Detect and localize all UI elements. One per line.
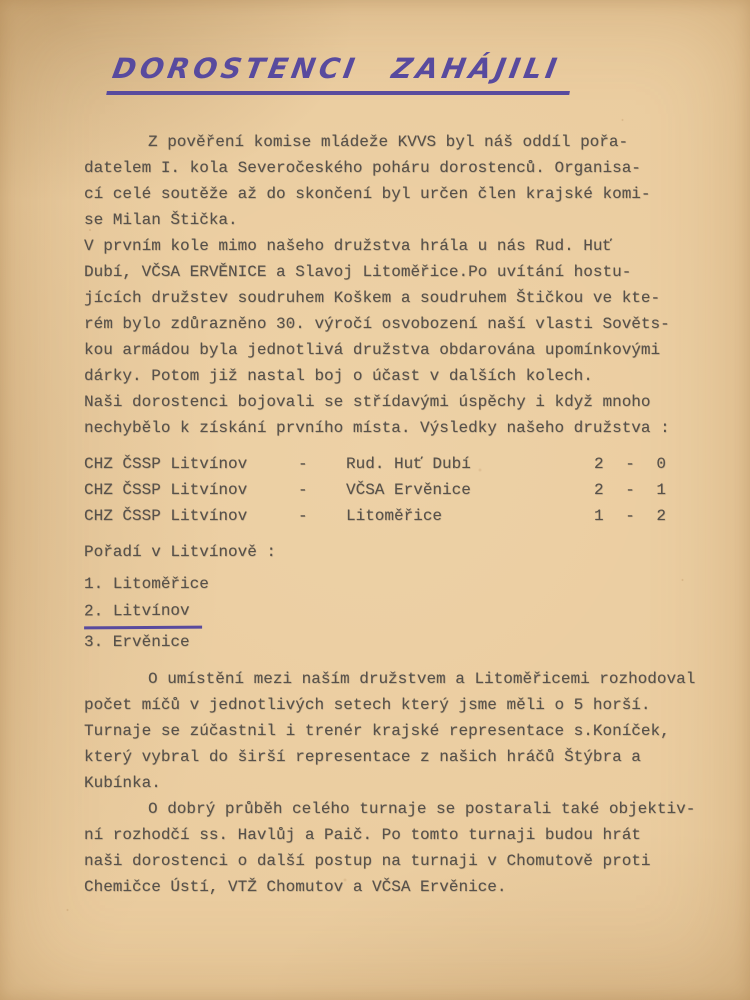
home-score: 2 bbox=[594, 451, 604, 477]
match-score: 2 - 0 bbox=[594, 451, 666, 477]
standings-item-text-underlined: 2. Litvínov bbox=[84, 598, 202, 630]
standings-item: 2. Litvínov bbox=[84, 598, 666, 629]
handwritten-title: DOROSTENCIZAHÁJILI bbox=[110, 52, 666, 95]
text-line: V prvním kole mimo našeho družstva hrála… bbox=[84, 233, 666, 259]
paragraph-3: O umístění mezi naším družstvem a Litomě… bbox=[84, 666, 666, 796]
text-line: kou armádou byla jednotlivá družstva obd… bbox=[84, 337, 666, 363]
standings-item-text: 1. Litoměřice bbox=[84, 575, 209, 593]
home-team: CHZ ČSSP Litvínov bbox=[84, 477, 298, 503]
away-team: Rud. Huť Dubí bbox=[346, 451, 594, 477]
text-line: počet míčů v jednotlivých setech který j… bbox=[84, 692, 666, 718]
match-score: 1 - 2 bbox=[594, 503, 666, 529]
standings-list: 1. Litoměřice 2. Litvínov 3. Ervěnice bbox=[84, 571, 666, 656]
text-line: Dubí, VČSA ERVĚNICE a Slavoj Litoměřice.… bbox=[84, 259, 666, 285]
text-line: cí celé soutěže až do skončení byl určen… bbox=[84, 181, 666, 207]
text-line: se Milan Štička. bbox=[84, 207, 666, 233]
paragraph-2: V prvním kole mimo našeho družstva hrála… bbox=[84, 233, 666, 441]
text-line: datelem I. kola Severočeského poháru dor… bbox=[84, 155, 666, 181]
text-line: Chemičce Ústí, VTŽ Chomutov a VČSA Ervěn… bbox=[84, 874, 666, 900]
text-line: Kubínka. bbox=[84, 770, 666, 796]
text-line: rém bylo zdůrazněno 30. výročí osvobozen… bbox=[84, 311, 666, 337]
text-line: ní rozhodčí ss. Havlůj a Paič. Po tomto … bbox=[84, 822, 666, 848]
standings-item-text: 3. Ervěnice bbox=[84, 633, 190, 651]
standings-item: 1. Litoměřice bbox=[84, 571, 666, 598]
text-line: Naši dorostenci bojovali se střídavými ú… bbox=[84, 389, 666, 415]
versus-dash: - bbox=[298, 451, 346, 477]
title-word-2: ZAHÁJILI bbox=[389, 52, 563, 85]
standings-heading: Pořadí v Litvínově : bbox=[84, 539, 666, 565]
away-score: 1 bbox=[656, 477, 666, 503]
text-line: dárky. Potom již nastal boj o účast v da… bbox=[84, 363, 666, 389]
match-result-row: CHZ ČSSP Litvínov - VČSA Ervěnice 2 - 1 bbox=[84, 477, 666, 503]
away-team: VČSA Ervěnice bbox=[346, 477, 594, 503]
title-word-1: DOROSTENCI bbox=[110, 52, 361, 85]
match-score: 2 - 1 bbox=[594, 477, 666, 503]
standings-section: Pořadí v Litvínově : 1. Litoměřice 2. Li… bbox=[84, 539, 666, 656]
document-page: DOROSTENCIZAHÁJILI Z pověření komise mlá… bbox=[0, 0, 750, 1000]
text-line: Z pověření komise mládeže KVVS byl náš o… bbox=[84, 129, 666, 155]
text-line: nechybělo k získání prvního místa. Výsle… bbox=[84, 415, 666, 441]
away-score: 2 bbox=[656, 503, 666, 529]
versus-dash: - bbox=[298, 503, 346, 529]
paragraph-4: O dobrý průběh celého turnaje se postara… bbox=[84, 796, 666, 900]
text-line: jících družstev soudruhem Koškem a soudr… bbox=[84, 285, 666, 311]
away-team: Litoměřice bbox=[346, 503, 594, 529]
text-line: který vybral do širší representace z naš… bbox=[84, 744, 666, 770]
match-result-row: CHZ ČSSP Litvínov - Litoměřice 1 - 2 bbox=[84, 503, 666, 529]
home-score: 2 bbox=[594, 477, 604, 503]
home-team: CHZ ČSSP Litvínov bbox=[84, 451, 298, 477]
page-title: DOROSTENCIZAHÁJILI bbox=[106, 52, 577, 95]
away-score: 0 bbox=[656, 451, 666, 477]
match-result-row: CHZ ČSSP Litvínov - Rud. Huť Dubí 2 - 0 bbox=[84, 451, 666, 477]
score-dash: - bbox=[625, 477, 635, 503]
home-team: CHZ ČSSP Litvínov bbox=[84, 503, 298, 529]
text-line: naši dorostenci o další postup na turnaj… bbox=[84, 848, 666, 874]
paragraph-1: Z pověření komise mládeže KVVS byl náš o… bbox=[84, 129, 666, 233]
home-score: 1 bbox=[594, 503, 604, 529]
page-content: DOROSTENCIZAHÁJILI Z pověření komise mlá… bbox=[0, 0, 750, 900]
text-line: O umístění mezi naším družstvem a Litomě… bbox=[84, 666, 666, 692]
score-dash: - bbox=[625, 503, 635, 529]
versus-dash: - bbox=[298, 477, 346, 503]
score-dash: - bbox=[625, 451, 635, 477]
standings-item: 3. Ervěnice bbox=[84, 629, 666, 656]
text-line: O dobrý průběh celého turnaje se postara… bbox=[84, 796, 666, 822]
results-table: CHZ ČSSP Litvínov - Rud. Huť Dubí 2 - 0 … bbox=[84, 451, 666, 529]
text-line: Turnaje se zúčastnil i trenér krajské re… bbox=[84, 718, 666, 744]
